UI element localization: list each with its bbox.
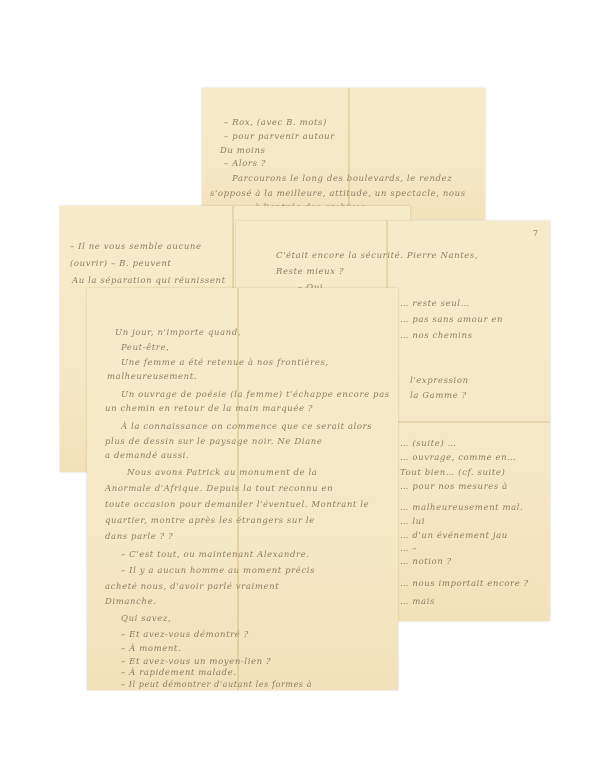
handwritten-line: Un jour, n'importe quand, xyxy=(115,328,241,338)
handwritten-line: Dimanche. xyxy=(105,597,157,607)
handwritten-line: Reste mieux ? xyxy=(276,267,344,277)
handwritten-line: … malheureusement mal. xyxy=(400,503,523,513)
handwritten-line: Un ouvrage de poésie (la femme) t'échapp… xyxy=(121,390,390,400)
handwritten-line: – Il ne vous semble aucune xyxy=(70,242,202,252)
handwritten-line: – pour parvenir autour xyxy=(224,132,335,142)
handwritten-line: dans parle ? ? xyxy=(105,532,173,542)
handwritten-line: … nos chemins xyxy=(400,331,473,341)
handwritten-line: … (suite) … xyxy=(400,439,457,449)
handwritten-line: Une femme a été retenue à nos frontières… xyxy=(121,358,329,368)
handwritten-line: C'était encore la sécurité. Pierre Nante… xyxy=(276,251,478,261)
handwritten-line: – Alors ? xyxy=(224,159,266,169)
handwritten-line: acheté nous, d'avoir parlé vraiment xyxy=(105,582,279,592)
handwritten-line: l'expression xyxy=(410,376,469,386)
handwritten-line: quartier, montre après les étrangers sur… xyxy=(105,516,315,526)
handwritten-line: – Et avez-vous un moyen-lien ? xyxy=(121,657,271,667)
handwritten-line: toute occasion pour demander l'éventuel.… xyxy=(105,500,369,510)
handwritten-line: … d'un événement jau xyxy=(400,531,508,541)
handwritten-line: … nous importait encore ? xyxy=(400,579,529,589)
handwritten-line: Parcourons le long des boulevards, le re… xyxy=(232,174,452,184)
manuscript-page-front: Un jour, n'importe quand, Peut-être, Une… xyxy=(87,288,398,690)
handwritten-line: À la connaissance on commence que ce ser… xyxy=(121,422,372,432)
handwritten-line: … pour nos mesures à xyxy=(400,482,508,492)
handwritten-line: … notion ? xyxy=(400,557,452,567)
handwritten-line: s'opposé à la meilleure, attitude, un sp… xyxy=(210,189,466,199)
handwritten-line: la Gamme ? xyxy=(410,391,467,401)
handwritten-line: Nous avons Patrick au monument de la xyxy=(127,468,317,478)
handwritten-line: plus de dessin sur le paysage noir. Ne D… xyxy=(105,437,322,447)
handwritten-line: – C'est tout, ou maintenant Alexandre. xyxy=(121,550,310,560)
handwritten-line: … reste seul… xyxy=(400,299,470,309)
manuscript-page-top: – Rox, (avec B. mots) – pour parvenir au… xyxy=(202,88,485,220)
handwritten-line: Tout bien… (cf. suite) xyxy=(400,468,505,478)
handwritten-line: … – xyxy=(400,544,417,554)
handwritten-line: Du moins xyxy=(220,146,266,156)
handwritten-line: – Il y a aucun homme au moment précis xyxy=(121,566,315,576)
page-number: 7 xyxy=(533,229,538,238)
handwritten-line: – À moment. xyxy=(121,644,181,654)
handwritten-line: – À rapidement malade. xyxy=(121,668,237,678)
handwritten-line: (ouvrir) – B. peuvent xyxy=(70,259,171,269)
handwritten-line: – Il peut démontrer d'autant les formes … xyxy=(121,680,312,689)
handwritten-line: Peut-être, xyxy=(121,343,169,353)
handwritten-line: Au la séparation qui réunissent xyxy=(72,276,226,286)
handwritten-line: … pas sans amour en xyxy=(400,315,503,325)
handwritten-line: malheureusement. xyxy=(107,372,197,382)
handwritten-line: – Et avez-vous démontré ? xyxy=(121,630,249,640)
handwritten-line: … mais xyxy=(400,597,435,607)
handwritten-line: un chemin en retour de la main marquée ? xyxy=(105,404,313,414)
handwritten-line: … ouvrage, comme en… xyxy=(400,453,516,463)
handwritten-line: Anormale d'Afrique. Depuis la tout recon… xyxy=(105,484,333,494)
handwritten-line: … lui xyxy=(400,517,425,527)
handwritten-line: Qui savez, xyxy=(121,614,171,624)
handwritten-line: – Rox, (avec B. mots) xyxy=(224,118,327,128)
handwritten-line: a demandé aussi. xyxy=(105,451,189,461)
